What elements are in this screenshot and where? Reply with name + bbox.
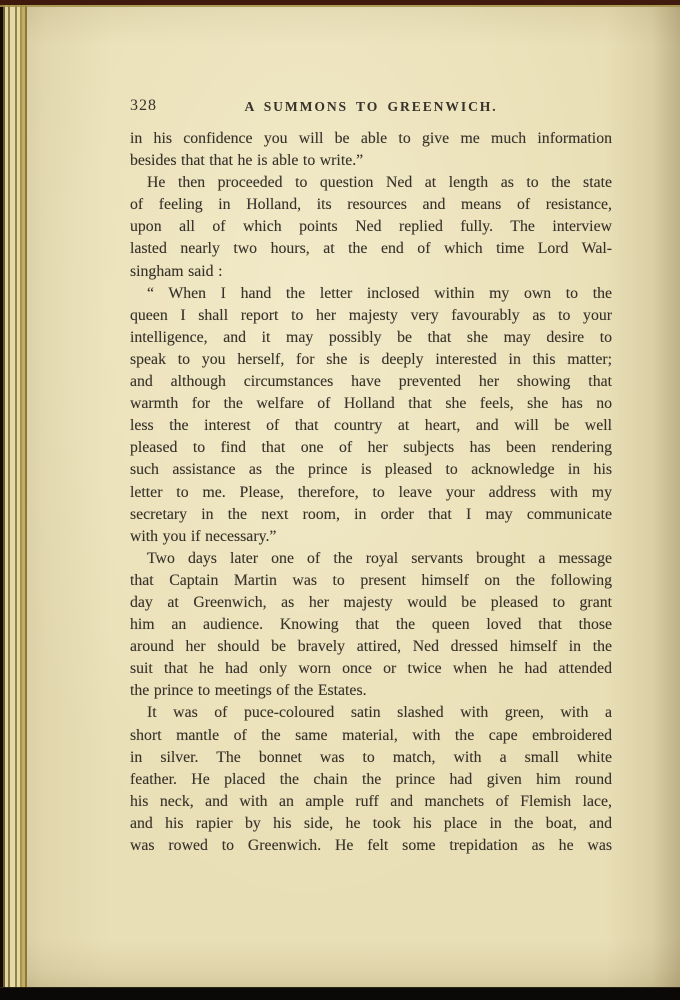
text-line: warmth for the welfare of Holland that s…: [130, 393, 612, 415]
text-line: him an audience. Knowing that the queen …: [130, 614, 612, 636]
text-line: He then proceeded to question Ned at len…: [130, 172, 612, 194]
text-line: the prince to meetings of the Estates.: [130, 680, 612, 702]
text-line: short mantle of the same material, with …: [130, 725, 612, 747]
text-line: “ When I hand the letter inclosed within…: [130, 283, 612, 305]
text-line: with you if necessary.”: [130, 526, 612, 548]
text-line: in silver. The bonnet was to match, with…: [130, 747, 612, 769]
book-scan-page: 328 A SUMMONS TO GREENWICH. in his confi…: [0, 0, 680, 1000]
text-line: that Captain Martin was to present himse…: [130, 570, 612, 592]
page-edge-stack-left: [0, 0, 27, 1000]
text-line: suit that he had only worn once or twice…: [130, 658, 612, 680]
text-line: letter to me. Please, therefore, to leav…: [130, 482, 612, 504]
text-line: secretary in the next room, in order tha…: [130, 504, 612, 526]
page-number: 328: [130, 97, 157, 115]
text-line: around her should be bravely attired, Ne…: [130, 636, 612, 658]
text-line: It was of puce-coloured satin slashed wi…: [130, 702, 612, 724]
text-line: lasted nearly two hours, at the end of w…: [130, 238, 612, 260]
text-line: and although circumstances have prevente…: [130, 371, 612, 393]
page-header: 328 A SUMMONS TO GREENWICH.: [130, 97, 612, 117]
text-line: singham said :: [130, 261, 612, 283]
text-line: of feeling in Holland, its resources and…: [130, 194, 612, 216]
text-line: less the interest of that country at hea…: [130, 415, 612, 437]
text-line: day at Greenwich, as her majesty would b…: [130, 592, 612, 614]
text-line: upon all of which points Ned replied ful…: [130, 216, 612, 238]
text-line: and his rapier by his side, he took his …: [130, 813, 612, 835]
text-line: besides that that he is able to write.”: [130, 150, 612, 172]
text-block: in his confidence you will be able to gi…: [130, 128, 612, 857]
text-line: feather. He placed the chain the prince …: [130, 769, 612, 791]
text-line: in his confidence you will be able to gi…: [130, 128, 612, 150]
text-line: such assistance as the prince is pleased…: [130, 459, 612, 481]
text-line: Two days later one of the royal servants…: [130, 548, 612, 570]
text-line: intelligence, and it may possibly be tha…: [130, 327, 612, 349]
text-line: queen I shall report to her majesty very…: [130, 305, 612, 327]
text-line: was rowed to Greenwich. He felt some tre…: [130, 835, 612, 857]
gold-page-edge-line: [0, 5, 680, 7]
text-line: his neck, and with an ample ruff and man…: [130, 791, 612, 813]
text-line: pleased to find that one of her subjects…: [130, 437, 612, 459]
text-line: speak to you herself, for she is deeply …: [130, 349, 612, 371]
book-bottom-shadow: [0, 987, 680, 1000]
running-header-title: A SUMMONS TO GREENWICH.: [130, 97, 612, 115]
